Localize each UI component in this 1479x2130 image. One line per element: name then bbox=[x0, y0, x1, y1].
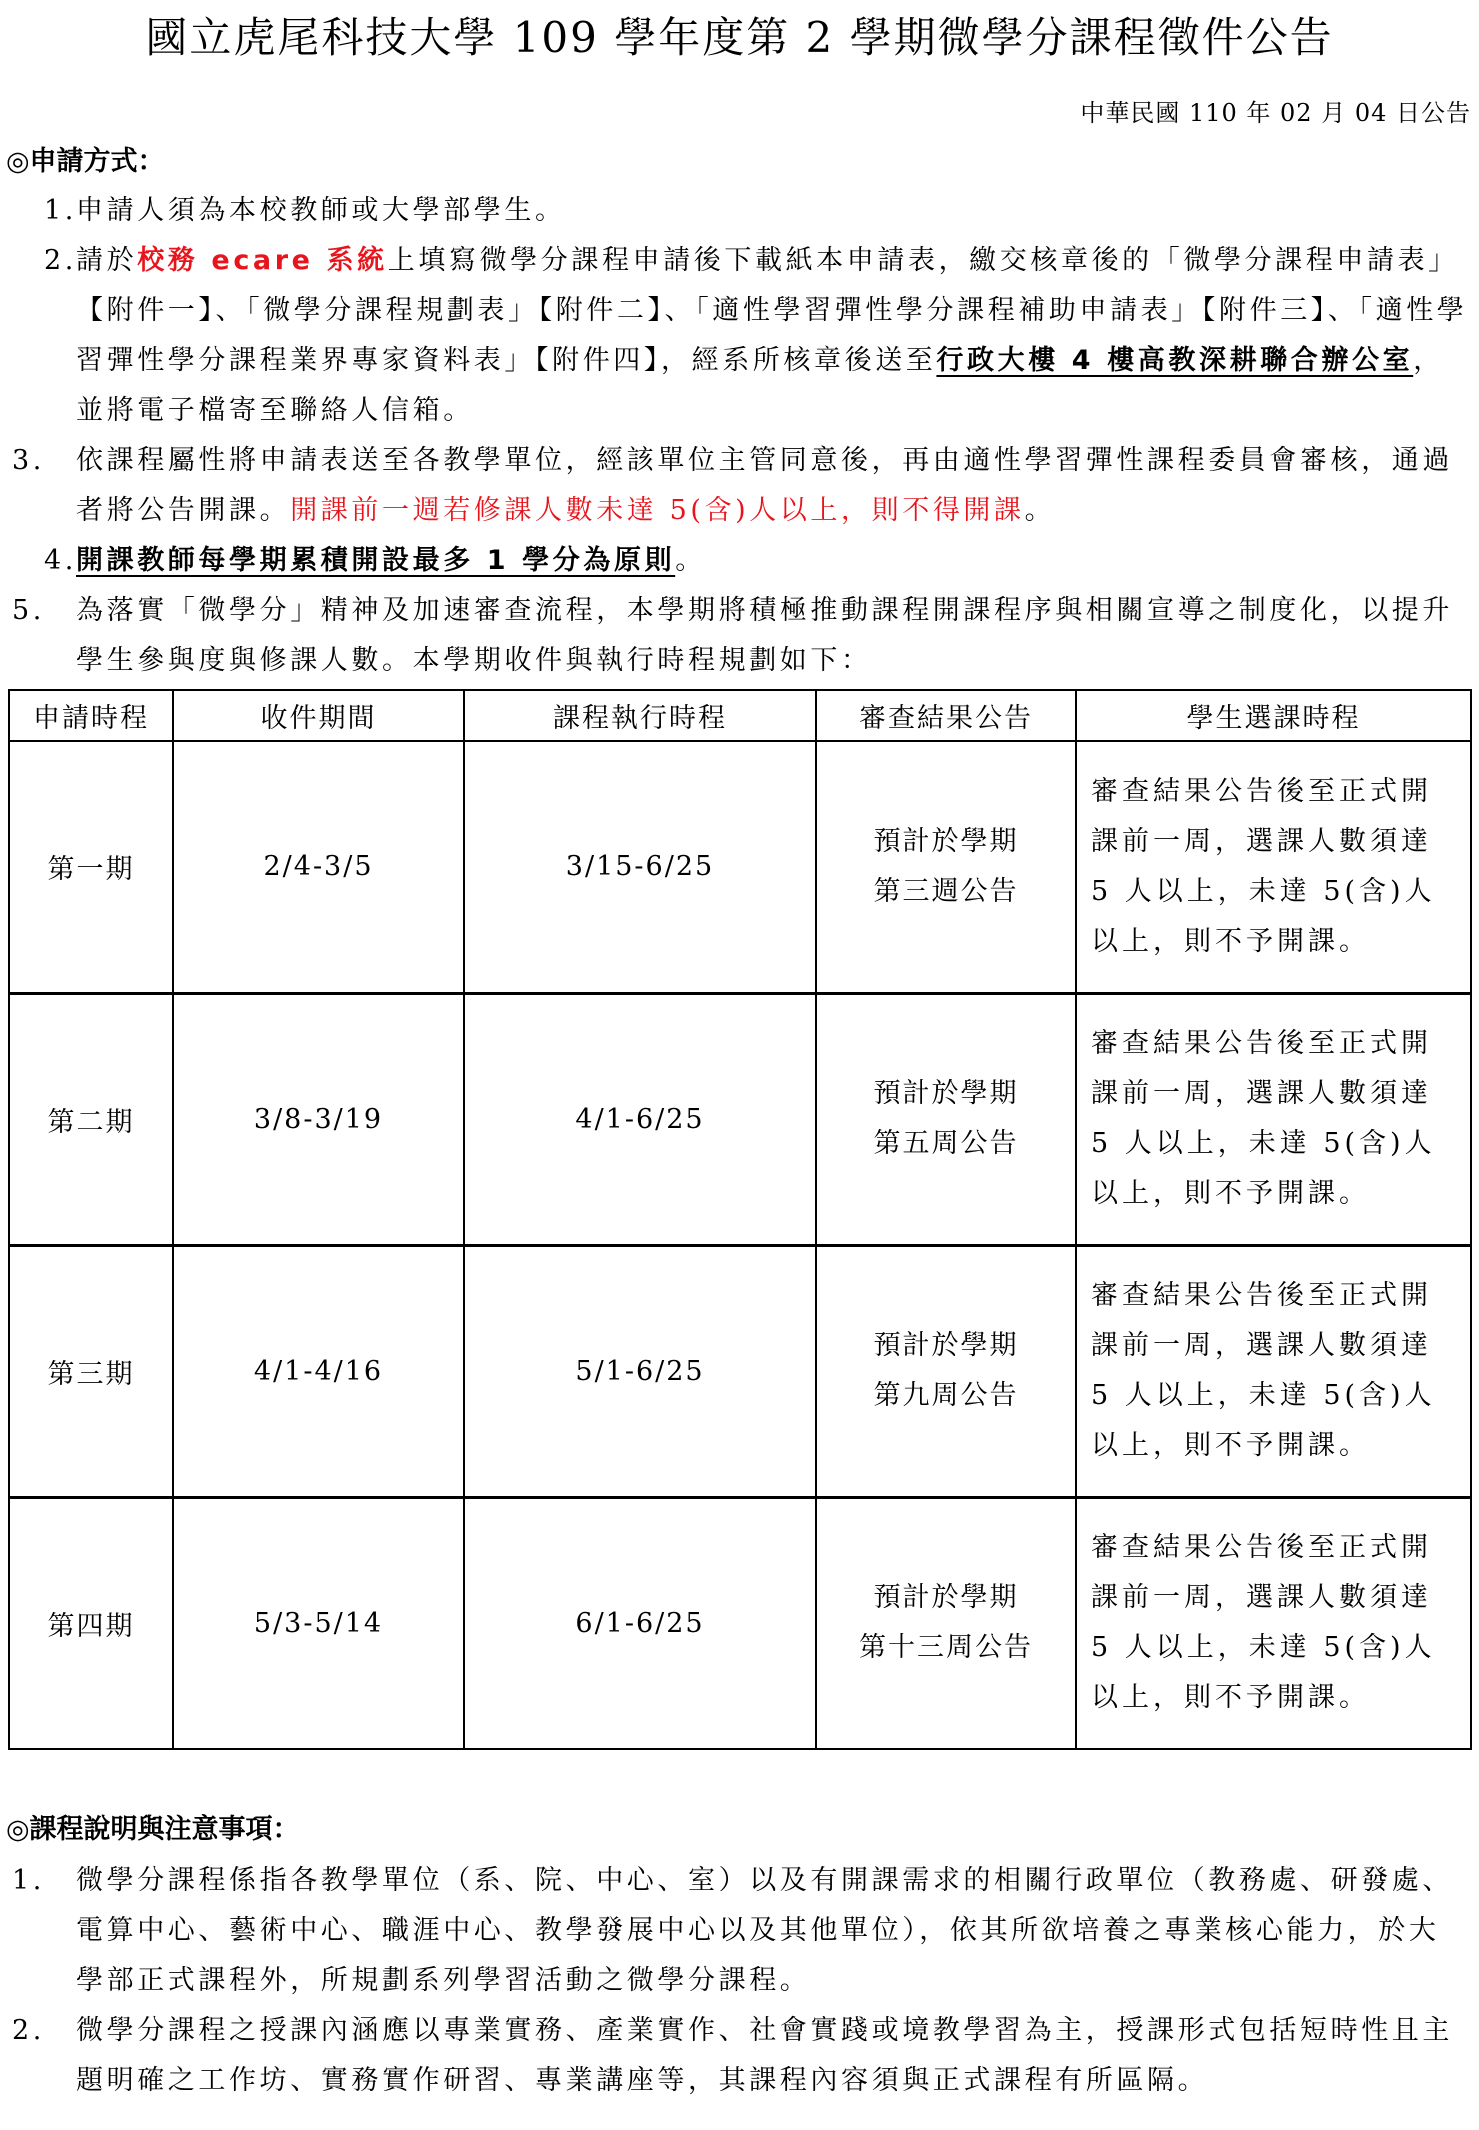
application-item-2: 2.請於校務 ecare 系統上填寫微學分課程申請後下載紙本申請表，繳交核章後的… bbox=[44, 236, 1469, 436]
application-item-4: 4.開課教師每學期累積開設最多 1 學分為原則。 bbox=[44, 536, 1469, 586]
selection-cell: 審查結果公告後至正式開課前一周，選課人數須達 5 人以上，未達 5(含)人以上，… bbox=[1076, 741, 1471, 993]
application-item-3: 3.依課程屬性將申請表送至各教學單位，經該單位主管同意後，再由適性學習彈性課程委… bbox=[44, 436, 1469, 536]
announcement-line-2: 第五周公告 bbox=[817, 1119, 1075, 1169]
execution-cell: 6/1-6/25 bbox=[464, 1497, 816, 1749]
collection-cell: 3/8-3/19 bbox=[173, 993, 464, 1245]
table-row: 第二期 3/8-3/19 4/1-6/25 預計於學期第五周公告 審查結果公告後… bbox=[9, 993, 1471, 1245]
execution-cell: 5/1-6/25 bbox=[464, 1245, 816, 1497]
announcement-date: 中華民國 110 年 02 月 04 日公告 bbox=[1080, 96, 1471, 130]
execution-cell: 3/15-6/25 bbox=[464, 741, 816, 993]
item-text: 為落實「微學分」精神及加速審查流程，本學期將積極推動課程開課程序與相關宣導之制度… bbox=[76, 595, 1453, 676]
announcement-line-1: 預計於學期 bbox=[817, 1321, 1075, 1371]
table-row: 第一期 2/4-3/5 3/15-6/25 預計於學期第三週公告 審查結果公告後… bbox=[9, 741, 1471, 993]
phase-cell: 第二期 bbox=[9, 993, 173, 1245]
selection-cell: 審查結果公告後至正式開課前一周，選課人數須達 5 人以上，未達 5(含)人以上，… bbox=[1076, 993, 1471, 1245]
announcement-cell: 預計於學期第九周公告 bbox=[816, 1245, 1076, 1497]
item-suffix: 。 bbox=[1025, 495, 1056, 526]
item-number: 2. bbox=[44, 236, 76, 286]
announcement-line-1: 預計於學期 bbox=[817, 1573, 1075, 1623]
item-suffix: 。 bbox=[675, 545, 706, 576]
item-number: 4. bbox=[44, 536, 76, 586]
phase-cell: 第一期 bbox=[9, 741, 173, 993]
announcement-cell: 預計於學期第十三周公告 bbox=[816, 1497, 1076, 1749]
item-text: 微學分課程係指各教學單位（系、院、中心、室）以及有開課需求的相關行政單位（教務處… bbox=[76, 1865, 1453, 1996]
header-phase: 申請時程 bbox=[9, 690, 173, 741]
announcement-line-1: 預計於學期 bbox=[817, 817, 1075, 867]
item-text: 微學分課程之授課內涵應以專業實務、產業實作、社會實踐或境教學習為主，授課形式包括… bbox=[76, 2015, 1453, 2096]
announcement-line-2: 第十三周公告 bbox=[817, 1623, 1075, 1673]
office-location: 行政大樓 4 樓高教深耕聯合辦公室 bbox=[936, 345, 1413, 376]
phase-cell: 第四期 bbox=[9, 1497, 173, 1749]
selection-cell: 審查結果公告後至正式開課前一周，選課人數須達 5 人以上，未達 5(含)人以上，… bbox=[1076, 1245, 1471, 1497]
application-item-1: 1.申請人須為本校教師或大學部學生。 bbox=[44, 186, 1469, 236]
announcement-line-2: 第九周公告 bbox=[817, 1371, 1075, 1421]
phase-cell: 第三期 bbox=[9, 1245, 173, 1497]
announcement-cell: 預計於學期第五周公告 bbox=[816, 993, 1076, 1245]
header-course-selection: 學生選課時程 bbox=[1076, 690, 1471, 741]
item-number: 1. bbox=[44, 1856, 76, 1906]
section-heading-application: ◎申請方式： bbox=[6, 144, 165, 180]
item-number: 3. bbox=[44, 436, 76, 486]
collection-cell: 2/4-3/5 bbox=[173, 741, 464, 993]
notes-item-1: 1.微學分課程係指各教學單位（系、院、中心、室）以及有開課需求的相關行政單位（教… bbox=[44, 1856, 1469, 2006]
item-prefix: 請於 bbox=[76, 245, 137, 276]
item-number: 5. bbox=[44, 586, 76, 636]
item-number: 1. bbox=[44, 186, 76, 236]
schedule-table: 申請時程 收件期間 課程執行時程 審查結果公告 學生選課時程 第一期 2/4-3… bbox=[8, 689, 1472, 1750]
ecare-system-highlight: 校務 ecare 系統 bbox=[137, 245, 388, 276]
header-execution-period: 課程執行時程 bbox=[464, 690, 816, 741]
credit-limit-rule: 開課教師每學期累積開設最多 1 學分為原則 bbox=[76, 545, 675, 576]
table-row: 第三期 4/1-4/16 5/1-6/25 預計於學期第九周公告 審查結果公告後… bbox=[9, 1245, 1471, 1497]
notes-item-2: 2.微學分課程之授課內涵應以專業實務、產業實作、社會實踐或境教學習為主，授課形式… bbox=[44, 2006, 1469, 2106]
selection-cell: 審查結果公告後至正式開課前一周，選課人數須達 5 人以上，未達 5(含)人以上，… bbox=[1076, 1497, 1471, 1749]
section-heading-notes: ◎課程說明與注意事項： bbox=[6, 1812, 300, 1848]
announcement-line-2: 第三週公告 bbox=[817, 867, 1075, 917]
table-header-row: 申請時程 收件期間 課程執行時程 審查結果公告 學生選課時程 bbox=[9, 690, 1471, 741]
item-text: 申請人須為本校教師或大學部學生。 bbox=[76, 195, 566, 226]
table-row: 第四期 5/3-5/14 6/1-6/25 預計於學期第十三周公告 審查結果公告… bbox=[9, 1497, 1471, 1749]
application-item-5: 5.為落實「微學分」精神及加速審查流程，本學期將積極推動課程開課程序與相關宣導之… bbox=[44, 586, 1469, 686]
announcement-line-1: 預計於學期 bbox=[817, 1069, 1075, 1119]
header-review-announcement: 審查結果公告 bbox=[816, 690, 1076, 741]
item-number: 2. bbox=[44, 2006, 76, 2056]
announcement-cell: 預計於學期第三週公告 bbox=[816, 741, 1076, 993]
collection-cell: 4/1-4/16 bbox=[173, 1245, 464, 1497]
document-title: 國立虎尾科技大學 109 學年度第 2 學期微學分課程徵件公告 bbox=[0, 10, 1479, 66]
enrollment-warning: 開課前一週若修課人數未達 5(含)人以上，則不得開課 bbox=[290, 495, 1024, 526]
header-collection-period: 收件期間 bbox=[173, 690, 464, 741]
execution-cell: 4/1-6/25 bbox=[464, 993, 816, 1245]
collection-cell: 5/3-5/14 bbox=[173, 1497, 464, 1749]
